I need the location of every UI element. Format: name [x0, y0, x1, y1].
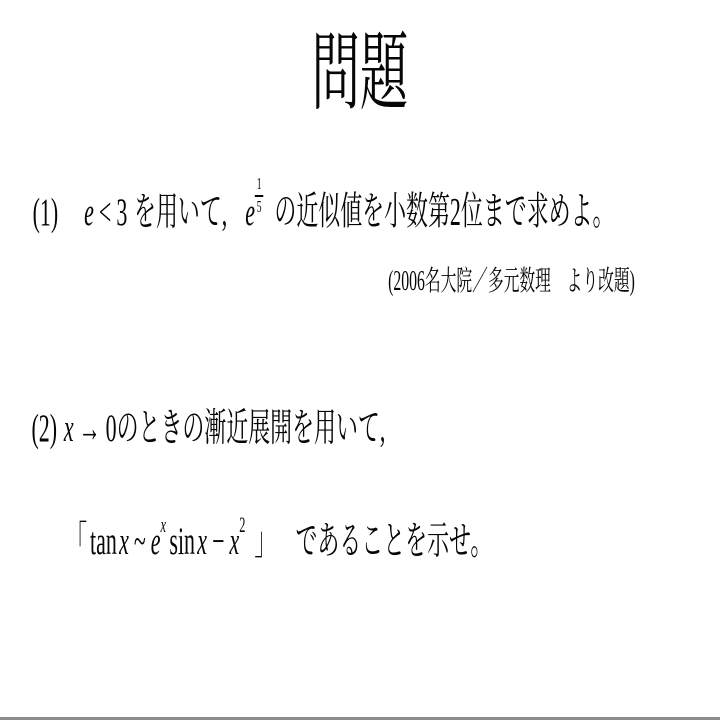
exponent-fraction: 15 — [255, 175, 263, 216]
x-squared-base: x — [230, 520, 240, 563]
e-exponent: x — [161, 512, 166, 537]
problem1-clause-use: を用いて, — [134, 191, 227, 234]
right-arrow: → — [79, 407, 101, 450]
problem1-statement: (1)e<3を用いて,e15の近似値を小数第2位まで求めよ。 — [33, 188, 615, 236]
problem1-premise-var: e — [84, 191, 94, 234]
problem2-limit-value: 0 — [106, 407, 117, 450]
problem2-limit-var: x — [64, 407, 74, 450]
tan-argument: x — [119, 520, 129, 563]
less-than-sign: < — [99, 191, 111, 234]
slide-content: 問題 (1)e<3を用いて,e15の近似値を小数第2位まで求めよ。 (2006名… — [0, 0, 720, 720]
sin-function: sin — [169, 520, 195, 563]
slide: 問題 (1)e<3を用いて,e15の近似値を小数第2位まで求めよ。 (2006名… — [0, 0, 720, 720]
problem2-label: (2) — [32, 407, 58, 450]
tan-function: tan — [90, 520, 117, 563]
fraction-numerator: 1 — [255, 175, 263, 197]
problem1-label: (1) — [33, 191, 59, 234]
close-corner-bracket: 」 — [254, 520, 276, 563]
problem1-source: (2006名大院／多元数理 より改題) — [388, 264, 635, 300]
problem1-premise-value: 3 — [116, 191, 127, 234]
problem2-clause-intro: のときの漸近展開を用いて, — [117, 407, 386, 450]
fraction-denominator: 5 — [255, 197, 263, 217]
x-squared-exponent: 2 — [239, 512, 245, 537]
minus-sign: − — [212, 520, 224, 563]
sin-argument: x — [197, 520, 207, 563]
problem1-expression: e15 — [245, 191, 263, 234]
problem1-clause-task: の近似値を小数第2位まで求めよ。 — [274, 191, 614, 234]
open-corner-bracket: 「 — [65, 520, 87, 563]
slide-title: 問題 — [0, 30, 720, 116]
problem2-intro: (2)x→0のときの漸近展開を用いて, — [32, 406, 386, 452]
sim-relation: ~ — [134, 520, 146, 563]
problem1-expr-base: e — [245, 191, 255, 234]
problem2-clause-outro: であることを示せ。 — [295, 520, 492, 563]
problem2-formula-line: 「tanx~exsinx−x2」であることを示せ。 — [65, 519, 492, 565]
e-base: e — [151, 520, 161, 563]
